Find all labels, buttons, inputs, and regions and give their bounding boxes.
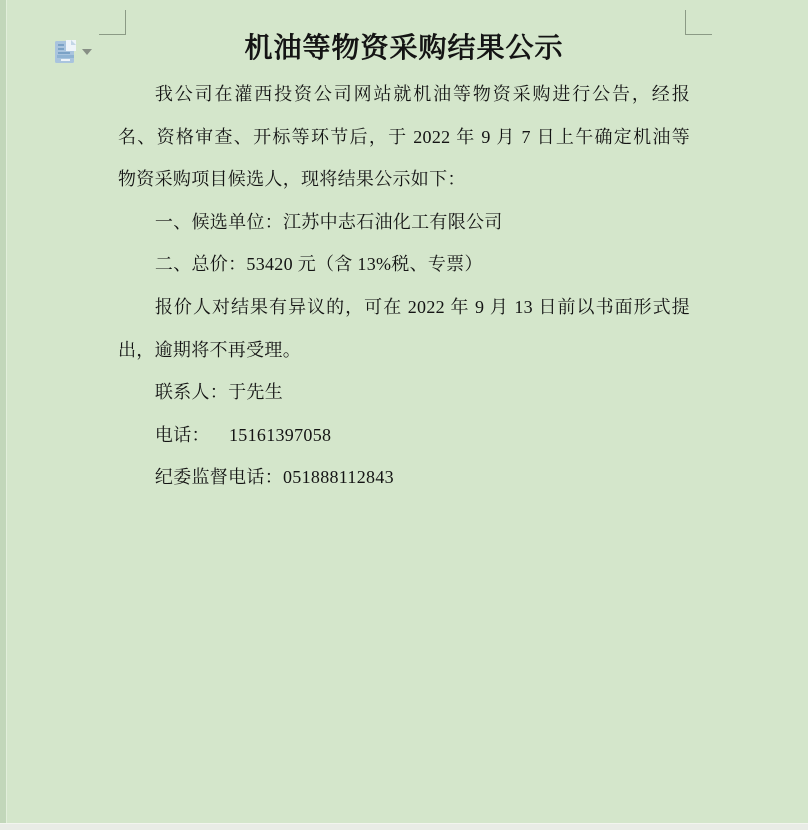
dropdown-arrow-icon[interactable] bbox=[82, 49, 92, 55]
document-title: 机油等物资采购结果公示 bbox=[118, 28, 690, 70]
doc-line: 名、资格审查、开标等环节后，于 2022 年 9 月 7 日上午确定机油等 bbox=[118, 116, 690, 159]
doc-line: 联系人：于先生 bbox=[118, 371, 690, 414]
horizontal-scrollbar-track bbox=[0, 823, 808, 830]
paste-options-icon bbox=[54, 39, 77, 64]
doc-line: 一、候选单位：江苏中志石油化工有限公司 bbox=[118, 201, 690, 244]
doc-line: 物资采购项目候选人，现将结果公示如下： bbox=[118, 158, 690, 201]
doc-line: 二、总价：53420 元（含 13%税、专票） bbox=[118, 243, 690, 286]
doc-line: 我公司在灌西投资公司网站就机油等物资采购进行公告，经报 bbox=[118, 73, 690, 116]
doc-line: 电话： 15161397058 bbox=[118, 414, 690, 457]
document-body: 我公司在灌西投资公司网站就机油等物资采购进行公告，经报 名、资格审查、开标等环节… bbox=[118, 73, 690, 499]
paste-options-button[interactable] bbox=[54, 38, 96, 64]
doc-line: 纪委监督电话：051888112843 bbox=[118, 456, 690, 499]
doc-line: 出，逾期将不再受理。 bbox=[118, 329, 690, 372]
doc-line: 报价人对结果有异议的，可在 2022 年 9 月 13 日前以书面形式提 bbox=[118, 286, 690, 329]
wps-writer-window: { "window": { "background_color": "#d4e6… bbox=[0, 0, 808, 830]
window-left-edge bbox=[0, 0, 7, 823]
